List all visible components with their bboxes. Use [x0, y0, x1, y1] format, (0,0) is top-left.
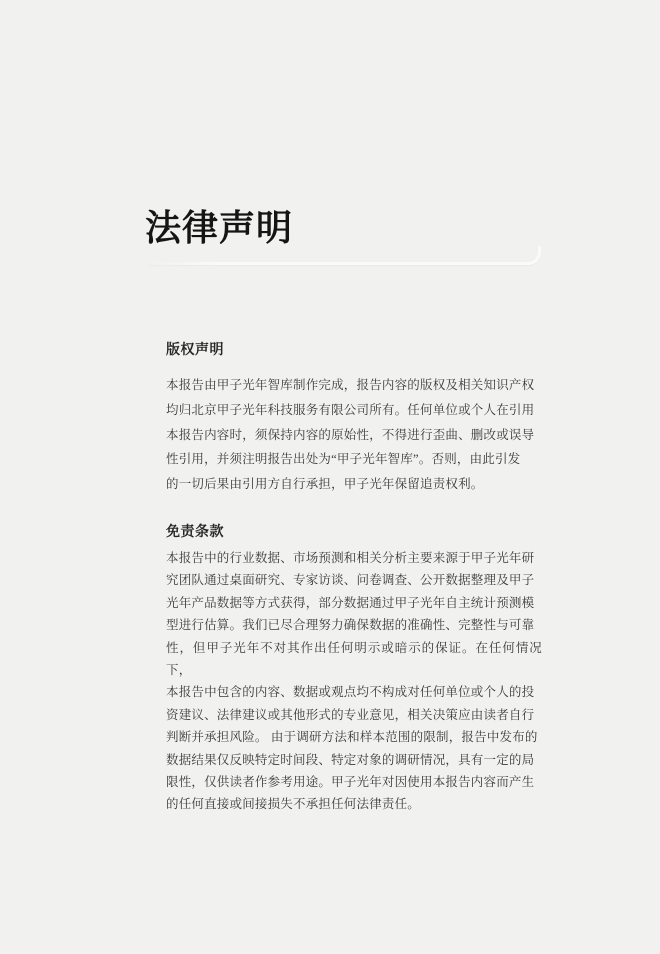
disclaimer-section: 免责条款 本报告中的行业数据、市场预测和相关分析主要来源于甲子光年研 究团队通过… [166, 523, 542, 816]
copyright-heading: 版权声明 [166, 341, 542, 361]
legal-statement-page: 法律声明 版权声明 本报告由甲子光年智库制作完成，报告内容的版权及相关知识产权 … [0, 0, 660, 954]
disclaimer-heading: 免责条款 [166, 523, 542, 543]
copyright-body-text: 本报告由甲子光年智库制作完成，报告内容的版权及相关知识产权 均归北京甲子光年科技… [166, 373, 542, 497]
disclaimer-body-text: 本报告中的行业数据、市场预测和相关分析主要来源于甲子光年研 究团队通过桌面研究、… [166, 547, 542, 816]
page-title: 法律声明 [145, 206, 293, 249]
sections-container: 版权声明 本报告由甲子光年智库制作完成，报告内容的版权及相关知识产权 均归北京甲… [166, 341, 542, 816]
copyright-section: 版权声明 本报告由甲子光年智库制作完成，报告内容的版权及相关知识产权 均归北京甲… [166, 341, 542, 497]
title-divider-line [150, 246, 541, 265]
